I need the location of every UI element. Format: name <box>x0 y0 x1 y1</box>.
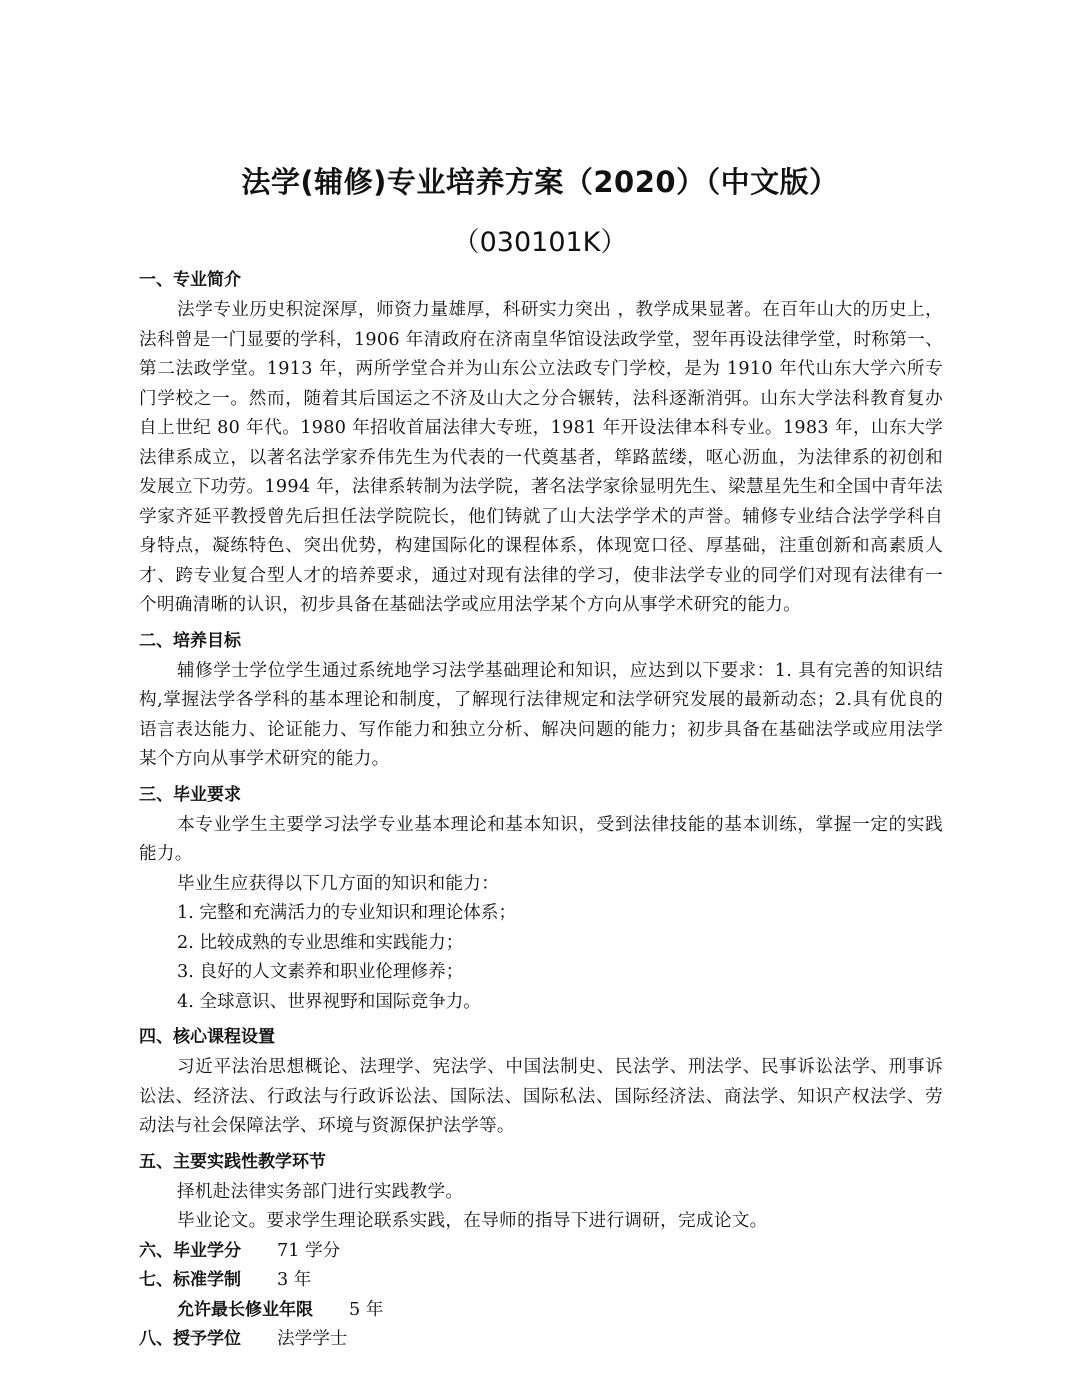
section-introduction: 一、专业简介 法学专业历史积淀深厚，师资力量雄厚，科研实力突出 ，教学成果显著。… <box>139 268 943 621</box>
document-title: 法学(辅修)专业培养方案（2020）（中文版） <box>0 160 1080 201</box>
fact-max-duration: 允许最长修业年限 5 年 <box>139 1296 943 1326</box>
list-item: 3. 良好的人文素养和职业伦理修养； <box>139 958 943 988</box>
fact-value: 71 学分 <box>277 1237 340 1267</box>
section-heading: 四、核心课程设置 <box>139 1025 943 1049</box>
fact-label: 七、标准学制 <box>139 1266 241 1296</box>
fact-label: 允许最长修业年限 <box>177 1296 313 1326</box>
section-practice: 五、主要实践性教学环节 择机赴法律实务部门进行实践教学。 毕业论文。要求学生理论… <box>139 1150 943 1237</box>
section-paragraph: 辅修学士学位学生通过系统地学习法学基础理论和知识，应达到以下要求：1. 具有完善… <box>139 657 943 775</box>
fact-credits: 六、毕业学分 71 学分 <box>139 1237 943 1267</box>
fact-duration: 七、标准学制 3 年 <box>139 1266 943 1296</box>
section-core-courses: 四、核心课程设置 习近平法治思想概论、法理学、宪法学、中国法制史、民法学、刑法学… <box>139 1025 943 1142</box>
section-paragraph: 本专业学生主要学习法学专业基本理论和基本知识，受到法律技能的基本训练，掌握一定的… <box>139 811 943 870</box>
fact-degree: 八、授予学位 法学学士 <box>139 1325 943 1355</box>
section-heading: 三、毕业要求 <box>139 783 943 807</box>
section-paragraph: 习近平法治思想概论、法理学、宪法学、中国法制史、民法学、刑法学、民事诉讼法学、刑… <box>139 1053 943 1142</box>
list-item: 1. 完整和充满活力的专业知识和理论体系； <box>139 899 943 929</box>
section-heading: 二、培养目标 <box>139 629 943 653</box>
section-paragraph: 择机赴法律实务部门进行实践教学。 <box>139 1178 943 1208</box>
requirements-list: 1. 完整和充满活力的专业知识和理论体系； 2. 比较成熟的专业思维和实践能力；… <box>139 899 943 1017</box>
section-training-goals: 二、培养目标 辅修学士学位学生通过系统地学习法学基础理论和知识，应达到以下要求：… <box>139 629 943 775</box>
section-heading: 五、主要实践性教学环节 <box>139 1150 943 1174</box>
fact-value: 5 年 <box>349 1296 383 1326</box>
section-paragraph: 毕业论文。要求学生理论联系实践，在导师的指导下进行调研，完成论文。 <box>139 1207 943 1237</box>
section-heading: 一、专业简介 <box>139 268 943 292</box>
section-paragraph: 毕业生应获得以下几方面的知识和能力： <box>139 870 943 900</box>
fact-label: 六、毕业学分 <box>139 1237 241 1267</box>
document-body: 一、专业简介 法学专业历史积淀深厚，师资力量雄厚，科研实力突出 ，教学成果显著。… <box>139 268 943 1355</box>
list-item: 4. 全球意识、世界视野和国际竞争力。 <box>139 988 943 1018</box>
fact-label: 八、授予学位 <box>139 1325 241 1355</box>
list-item: 2. 比较成熟的专业思维和实践能力； <box>139 929 943 959</box>
fact-value: 法学学士 <box>277 1325 347 1355</box>
section-paragraph: 法学专业历史积淀深厚，师资力量雄厚，科研实力突出 ，教学成果显著。在百年山大的历… <box>139 296 943 621</box>
program-code: （030101K） <box>0 220 1080 259</box>
section-graduation-requirements: 三、毕业要求 本专业学生主要学习法学专业基本理论和基本知识，受到法律技能的基本训… <box>139 783 943 1018</box>
fact-value: 3 年 <box>277 1266 311 1296</box>
